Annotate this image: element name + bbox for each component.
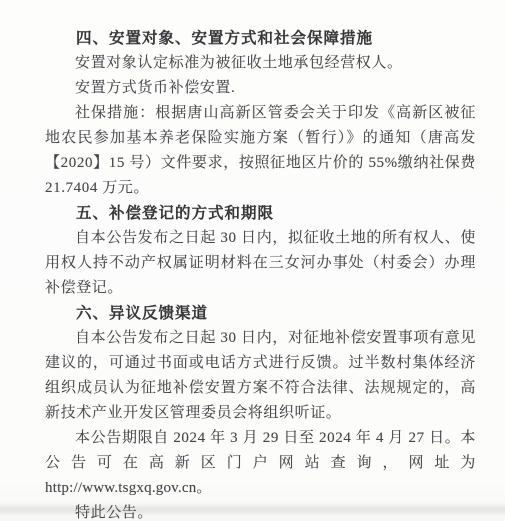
section-objection-feedback: 六、异议反馈渠道 自本公告发布之日起 30 日内，对征地补偿安置事项有意见建议的… [45, 301, 476, 521]
paragraph-registration-deadline: 自本公告发布之日起 30 日内，拟征收土地的所有权人、使用权人持不动产权属证明材… [45, 226, 476, 301]
notice-period-text-end: 。 [196, 480, 212, 496]
website-url: http://www.tsgxq.gov.cn [45, 480, 196, 496]
section-compensation-registration: 五、补偿登记的方式和期限 自本公告发布之日起 30 日内，拟征收土地的所有权人、… [45, 201, 476, 301]
paragraph-resettlement-method: 安置方式货币补偿安置. [45, 76, 476, 101]
scanned-announcement-page: 四、安置对象、安置方式和社会保障措施 安置对象认定标准为被征收土地承包经营权人。… [0, 0, 505, 521]
section-heading-6: 六、异议反馈渠道 [45, 301, 476, 326]
paragraph-notice-period: 本公告期限自 2024 年 3 月 29 日至 2024 年 4 月 27 日。… [45, 426, 476, 501]
section-resettlement-measures: 四、安置对象、安置方式和社会保障措施 安置对象认定标准为被征收土地承包经营权人。… [45, 26, 476, 201]
paragraph-feedback-channel: 自本公告发布之日起 30 日内，对征地补偿安置事项有意见建议的，可通过书面或电话… [45, 326, 476, 426]
section-heading-5: 五、补偿登记的方式和期限 [45, 201, 476, 226]
notice-period-text: 本公告期限自 2024 年 3 月 29 日至 2024 年 4 月 27 日。… [45, 430, 476, 471]
document-body: 四、安置对象、安置方式和社会保障措施 安置对象认定标准为被征收土地承包经营权人。… [45, 26, 476, 521]
paragraph-resettlement-target: 安置对象认定标准为被征收土地承包经营权人。 [45, 51, 476, 76]
paragraph-closing: 特此公告。 [45, 501, 476, 521]
paragraph-social-security: 社保措施：根据唐山高新区管委会关于印发《高新区被征地农民参加基本养老保险实施方案… [45, 101, 476, 201]
section-heading-4: 四、安置对象、安置方式和社会保障措施 [45, 26, 476, 51]
